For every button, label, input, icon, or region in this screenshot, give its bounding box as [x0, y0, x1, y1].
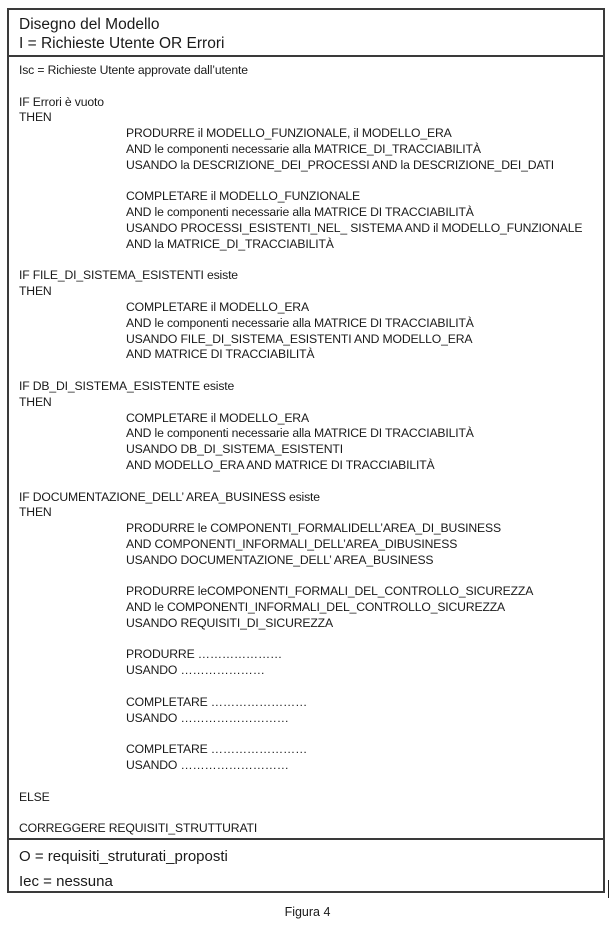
procedure-line: PRODURRE ………………… [19, 647, 603, 663]
procedure-line: AND la MATRICE_DI_TRACCIABILITÀ [19, 237, 603, 253]
procedure-line: IF FILE_DI_SISTEMA_ESISTENTI esiste [19, 268, 603, 284]
iec-definition: Iec = nessuna [19, 869, 603, 894]
procedure-line: USANDO DOCUMENTAZIONE_DELL’ AREA_BUSINES… [19, 553, 603, 569]
blank-line [19, 679, 603, 695]
procedure-line: USANDO PROCESSI_ESISTENTI_NEL_ SISTEMA A… [19, 221, 603, 237]
procedure-line: AND le componenti necessarie alla MATRIC… [19, 426, 603, 442]
procedure-line: THEN [19, 395, 603, 411]
procedure-line: CORREGGERE REQUISITI_STRUTTURATI [19, 821, 603, 837]
procedure-line: THEN [19, 284, 603, 300]
procedure-line: AND le componenti necessarie alla MATRIC… [19, 142, 603, 158]
procedure-line: COMPLETARE il MODELLO_ERA [19, 300, 603, 316]
procedure-line: IF DB_DI_SISTEMA_ESISTENTE esiste [19, 379, 603, 395]
procedure-line: USANDO REQUISITI_DI_SICUREZZA [19, 616, 603, 632]
procedure-line: PRODURRE il MODELLO_FUNZIONALE, il MODEL… [19, 126, 603, 142]
procedure-line: AND COMPONENTI_INFORMALI_DELL’AREA_DIBUS… [19, 537, 603, 553]
procedure-line: IF DOCUMENTAZIONE_DELL’ AREA_BUSINESS es… [19, 490, 603, 506]
output-definition: O = requisiti_struturati_proposti [19, 844, 603, 869]
blank-line [19, 805, 603, 821]
box-footer: O = requisiti_struturati_proposti Iec = … [9, 840, 603, 891]
procedure-line: USANDO ……………………… [19, 711, 603, 727]
procedure-line: COMPLETARE il MODELLO_ERA [19, 411, 603, 427]
procedure-line: IF Errori è vuoto [19, 95, 603, 111]
blank-line [19, 474, 603, 490]
blank-line [19, 726, 603, 742]
procedure-line: USANDO ……………………… [19, 758, 603, 774]
procedure-body: Isc = Richieste Utente approvate dall’ut… [9, 57, 603, 840]
procedure-line: USANDO FILE_DI_SISTEMA_ESISTENTI AND MOD… [19, 332, 603, 348]
procedure-line: AND le componenti necessarie alla MATRIC… [19, 316, 603, 332]
procedure-line: AND le componenti necessarie alla MATRIC… [19, 205, 603, 221]
procedure-line: THEN [19, 110, 603, 126]
box-title: Disegno del Modello [19, 15, 603, 34]
procedure-line: AND le COMPONENTI_INFORMALI_DEL_CONTROLL… [19, 600, 603, 616]
procedure-line: USANDO DB_DI_SISTEMA_ESISTENTI [19, 442, 603, 458]
procedure-line: USANDO ………………… [19, 663, 603, 679]
blank-line [19, 79, 603, 95]
procedure-line: ELSE [19, 790, 603, 806]
text-cursor [608, 880, 609, 898]
procedure-line: PRODURRE le COMPONENTI_FORMALIDELL’AREA_… [19, 521, 603, 537]
blank-line [19, 569, 603, 585]
procedure-line: COMPLETARE il MODELLO_FUNZIONALE [19, 189, 603, 205]
blank-line [19, 174, 603, 190]
blank-line [19, 774, 603, 790]
procedure-line: AND MATRICE DI TRACCIABILITÀ [19, 347, 603, 363]
figure-caption: Figura 4 [0, 905, 615, 919]
procedure-line: AND MODELLO_ERA AND MATRICE DI TRACCIABI… [19, 458, 603, 474]
box-header: Disegno del Modello I = Richieste Utente… [9, 10, 603, 57]
procedure-line: PRODURRE leCOMPONENTI_FORMALI_DEL_CONTRO… [19, 584, 603, 600]
procedure-line: COMPLETARE …………………… [19, 695, 603, 711]
blank-line [19, 253, 603, 269]
input-definition: I = Richieste Utente OR Errori [19, 34, 603, 53]
procedure-line: USANDO la DESCRIZIONE_DEI_PROCESSI AND l… [19, 158, 603, 174]
procedure-line: THEN [19, 505, 603, 521]
procedure-line: Isc = Richieste Utente approvate dall’ut… [19, 63, 603, 79]
blank-line [19, 632, 603, 648]
procedure-line: COMPLETARE …………………… [19, 742, 603, 758]
blank-line [19, 363, 603, 379]
model-design-box: Disegno del Modello I = Richieste Utente… [7, 8, 605, 893]
